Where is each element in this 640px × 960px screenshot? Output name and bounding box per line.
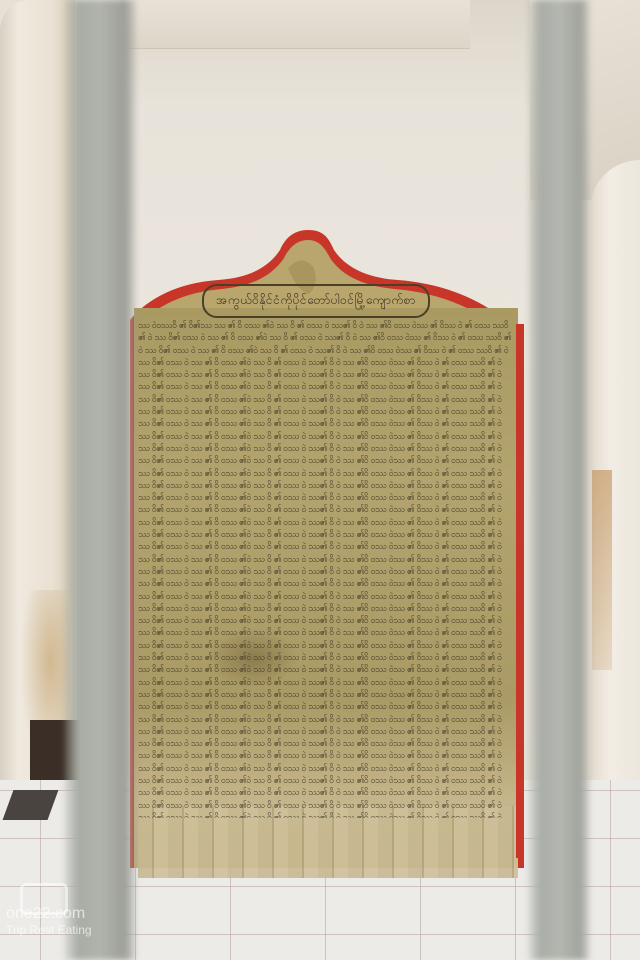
watermark: one22.com Trip Rest Eating bbox=[6, 905, 96, 937]
foreground-bar-right bbox=[528, 0, 590, 960]
right-wall-stain bbox=[592, 470, 612, 670]
tablet-red-edge bbox=[516, 324, 524, 858]
tablet-title-cartouche: အကွယ်ဝိနိုင်ငံကိုပိုင်တော်ပါဝင်မြို့ကျော… bbox=[202, 284, 430, 318]
foreground-bar-left bbox=[64, 0, 136, 960]
tablet-smudge bbox=[208, 628, 298, 688]
tablet-inscription-text: ဿ ဝဲဝဿဝိ ၏ ဝိ၏ဿ ဿ ၏ ဝိ ဝဿ ၏ဝဲ ဿ ဝိ ၏ ဝဿ … bbox=[138, 320, 514, 818]
tablet-title-text: အကွယ်ဝိနိုင်ငံကိုပိုင်တော်ပါဝင်မြို့ကျော… bbox=[216, 292, 416, 310]
photo-scene: အကွယ်ဝိနိုင်ငံကိုပိုင်တော်ပါဝင်မြို့ကျော… bbox=[0, 0, 640, 960]
ceiling-band bbox=[125, 0, 470, 49]
camera-logo-icon bbox=[20, 883, 68, 915]
inscription-tablet: အကွယ်ဝိနိုင်ငံကိုပိုင်တော်ပါဝင်မြို့ကျော… bbox=[128, 228, 526, 880]
watermark-tagline: Trip Rest Eating bbox=[6, 923, 96, 937]
